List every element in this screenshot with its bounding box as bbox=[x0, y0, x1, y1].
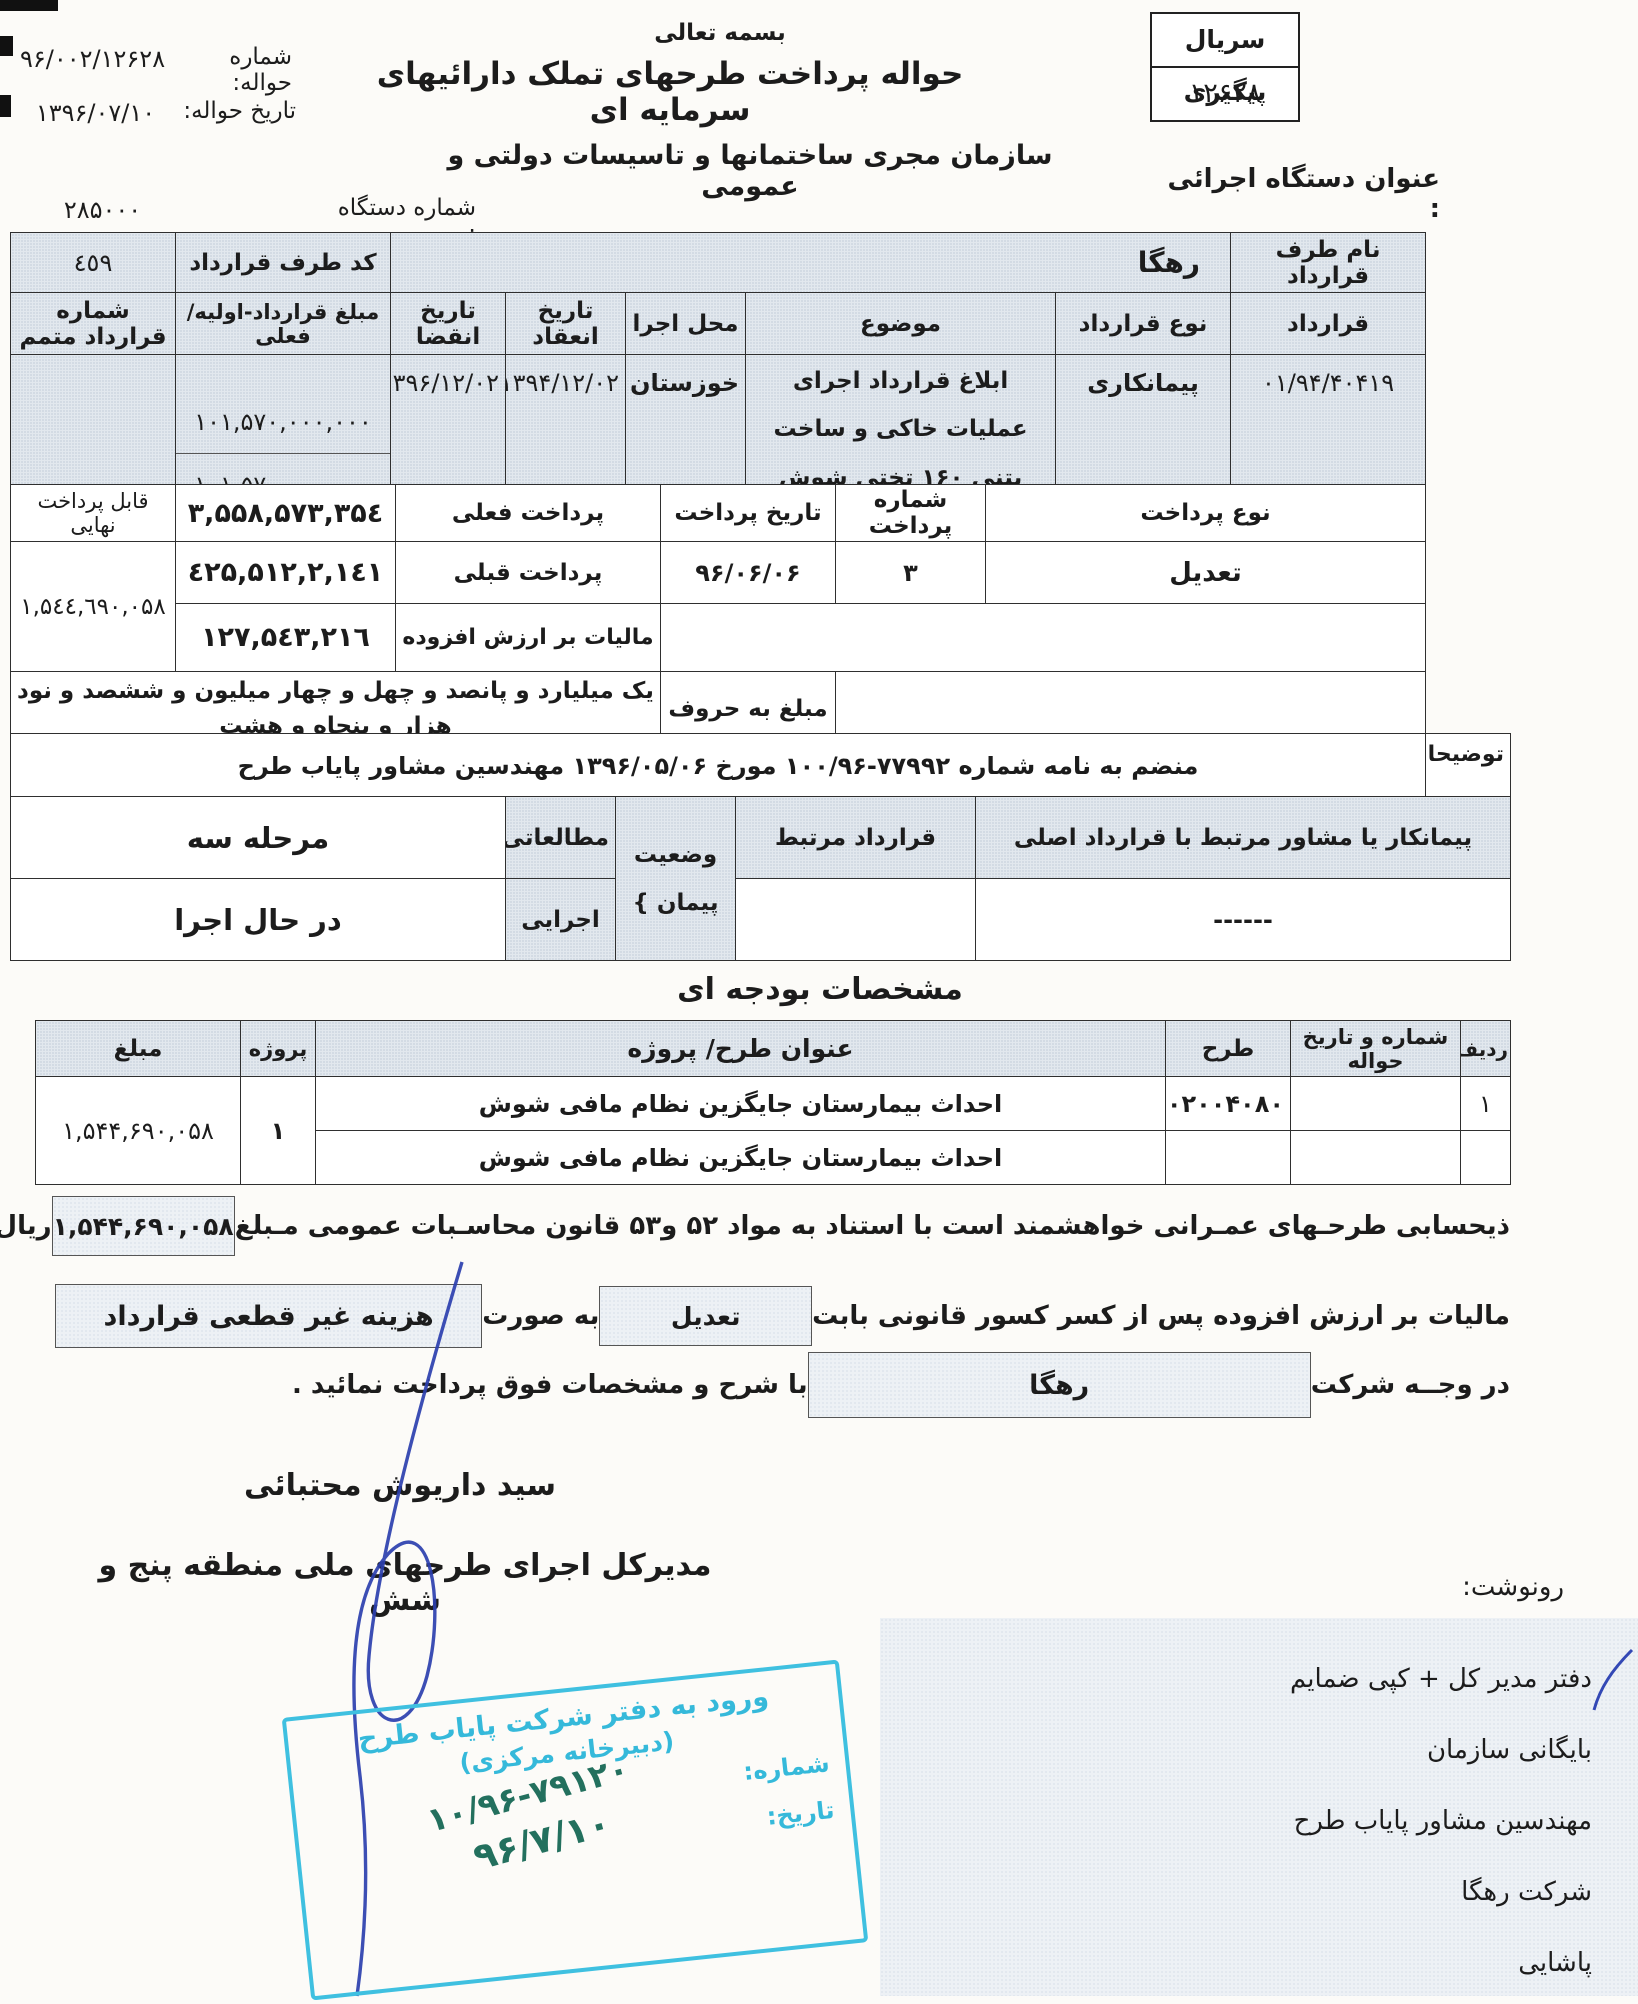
party-code-label: کد طرف قرارداد bbox=[176, 233, 391, 293]
budget-header-amount: مبلغ bbox=[36, 1021, 241, 1077]
previous-payment-label: پرداخت قبلی bbox=[396, 542, 661, 604]
directive-line-1: ذیحسابی طرحـهای عمـرانی خواهشمند است با … bbox=[28, 1196, 1510, 1256]
tracking-serial-value: ۱۲۶۲۸ bbox=[1152, 68, 1298, 120]
directive-line-2: مالیات بر ارزش افزوده پس از کسر کسور قان… bbox=[55, 1284, 1510, 1348]
scan-artifact bbox=[0, 95, 11, 117]
payment-type-label: نوع پرداخت bbox=[986, 485, 1426, 542]
budget-header-plan: طرح bbox=[1166, 1021, 1291, 1077]
directive-company-box: رهگا bbox=[808, 1352, 1311, 1418]
budget-plan-code: ۱۶۰۲۰۰۴۰۸۰ bbox=[1166, 1077, 1291, 1131]
party-name-label: نام طرف قرارداد bbox=[1231, 233, 1426, 293]
remittance-date-label: تاریخ حواله: bbox=[176, 98, 296, 124]
scan-artifact bbox=[0, 0, 58, 11]
status-table: پیمانکار یا مشاور مرتبط با قرارداد اصلی … bbox=[10, 796, 1511, 961]
pact-word-1: وضعیت bbox=[622, 842, 729, 868]
final-payable-label: قابل پرداخت نهایی bbox=[11, 485, 176, 542]
payment-no-value: ۳ bbox=[836, 542, 986, 604]
budget-title: مشخصات بودجه ای bbox=[560, 972, 1080, 1007]
directive-type-box: تعدیل bbox=[599, 1286, 812, 1346]
contract-amount-initial: ۱۰۱,۵۷۰,۰۰۰,۰۰۰ bbox=[176, 391, 390, 454]
status-executive-label: اجرایی bbox=[506, 879, 616, 961]
budget-project-title-2: احداث بیمارستان جایگزین نظام مافی شوش bbox=[316, 1131, 1166, 1185]
related-consultant-value: ------ bbox=[976, 879, 1511, 961]
device-no-value: ۲۸۵۰۰۰ bbox=[55, 196, 150, 224]
related-contract-label: قرارداد مرتبط bbox=[736, 797, 976, 879]
directive-3a: در وجــه شرکت bbox=[1311, 1370, 1510, 1400]
payment-date-value: ۹۶/۰۶/۰۶ bbox=[661, 542, 836, 604]
copies-label: رونوشت: bbox=[1468, 1572, 1564, 1602]
budget-header-title: عنوان طرح/ پروژه bbox=[316, 1021, 1166, 1077]
final-payable-value: ۱,۵٤٤,٦۹۰,۰۵۸ bbox=[11, 542, 176, 672]
budget-table: ردیف شماره و تاریخ حواله طرح عنوان طرح/ … bbox=[35, 1020, 1511, 1185]
copies-item-4: شرکت رهگا bbox=[880, 1857, 1592, 1928]
exec-agency-label: عنوان دستگاه اجرائی : bbox=[1160, 164, 1440, 224]
payment-table: نوع پرداخت شماره پرداخت تاریخ پرداخت پرد… bbox=[10, 484, 1426, 746]
supplement-label: شماره قرارداد متمم bbox=[11, 293, 176, 355]
contract-label: قرارداد bbox=[1231, 293, 1426, 355]
directive-1b: ریال با احتســاب bbox=[0, 1211, 52, 1241]
current-payment-value: ۳,۵۵۸,۵۷۳,۳۵٤ bbox=[176, 485, 396, 542]
budget-empty-2 bbox=[1291, 1131, 1461, 1185]
copies-item-5: پاشایی bbox=[880, 1928, 1592, 1999]
budget-project-no: ۱ bbox=[241, 1077, 316, 1185]
budget-remittance-cell bbox=[1291, 1077, 1461, 1131]
related-consultant-label: پیمانکار یا مشاور مرتبط با قرارداد اصلی bbox=[976, 797, 1511, 879]
copies-item-3: مهندسین مشاور پایاب طرح bbox=[880, 1786, 1592, 1857]
vat-label: مالیات بر ارزش افزوده bbox=[396, 604, 661, 672]
contract-amount-label: مبلغ قرارداد-اولیه/فعلی bbox=[176, 293, 391, 355]
directive-2a: مالیات بر ارزش افزوده پس از کسر کسور قان… bbox=[812, 1301, 1510, 1331]
payment-type-value: تعدیل bbox=[986, 542, 1426, 604]
directive-amount-box: ۱,۵۴۴,۶۹۰,۰۵۸ bbox=[52, 1196, 235, 1256]
budget-empty-1 bbox=[1461, 1131, 1511, 1185]
remittance-no-value: ۹۶/۰۰۲/۱۲۶۲۸ bbox=[20, 45, 165, 73]
document-title: حواله پرداخت طرحهای تملک دارائیهای سرمای… bbox=[370, 56, 970, 128]
budget-header-project: پروژه bbox=[241, 1021, 316, 1077]
copies-item-1: دفتر مدیر کل + کپی ضمایم bbox=[880, 1644, 1592, 1715]
entry-stamp: ورود به دفتر شرکت پایاب طرح (دبیرخانه مر… bbox=[282, 1660, 869, 2001]
previous-payment-value: ۲,۱٤۱,٤۲۵,۵۱۲ bbox=[176, 542, 396, 604]
vat-value: ۱۲۷,۵٤۳,۲۱٦ bbox=[176, 604, 396, 672]
subject-label: موضوع bbox=[746, 293, 1056, 355]
pen-mark bbox=[1588, 1646, 1638, 1716]
scan-artifact bbox=[0, 36, 13, 56]
pact-brace: { bbox=[632, 890, 648, 916]
pact-word-2: پیمان { bbox=[622, 890, 729, 916]
pact-status-label: وضعیت پیمان { bbox=[616, 797, 736, 961]
stamp-date-label: تاریخ: bbox=[765, 1795, 835, 1830]
status-study-label: مطالعاتی bbox=[506, 797, 616, 879]
budget-amount: ۱,۵۴۴,۶۹۰,۰۵۸ bbox=[36, 1077, 241, 1185]
budget-header-remittance: شماره و تاریخ حواله bbox=[1291, 1021, 1461, 1077]
tracking-serial-label: سریال پیگیری bbox=[1152, 14, 1298, 68]
related-contract-value bbox=[736, 879, 976, 961]
budget-project-title-1: احداث بیمارستان جایگزین نظام مافی شوش bbox=[316, 1077, 1166, 1131]
payment-empty-cell bbox=[661, 604, 1426, 672]
organization-name: سازمان مجری ساختمانها و تاسیسات دولتی و … bbox=[440, 140, 1060, 202]
payment-order-document: سریال پیگیری ۱۲۶۲۸ بسمه تعالی حواله پردا… bbox=[0, 0, 1638, 2004]
phase-value: مرحله سه bbox=[11, 797, 506, 879]
current-payment-label: پرداخت فعلی bbox=[396, 485, 661, 542]
party-name-value: رهگا bbox=[391, 233, 1231, 293]
budget-row-no: ۱ bbox=[1461, 1077, 1511, 1131]
location-label: محل اجرا bbox=[626, 293, 746, 355]
payment-no-label: شماره پرداخت bbox=[836, 485, 986, 542]
contract-type-label: نوع قرارداد bbox=[1056, 293, 1231, 355]
copies-item-2: بایگانی سازمان bbox=[880, 1715, 1592, 1786]
sign-date-label: تاریخ انعقاد bbox=[506, 293, 626, 355]
directive-1a: ذیحسابی طرحـهای عمـرانی خواهشمند است با … bbox=[235, 1211, 1510, 1241]
remittance-no-label: شماره حواله: bbox=[172, 44, 292, 96]
budget-empty-3 bbox=[1166, 1131, 1291, 1185]
notes-value: منضم به نامه شماره ۷۷۹۹۲-۱۰۰/۹۶ مورخ ۱۳۹… bbox=[11, 734, 1426, 798]
remittance-date-value: ۱۳۹۶/۰۷/۱۰ bbox=[28, 99, 163, 127]
notes-row: توضیحات منضم به نامه شماره ۷۷۹۹۲-۱۰۰/۹۶ … bbox=[10, 733, 1511, 798]
notes-label: توضیحات bbox=[1426, 734, 1511, 798]
copies-block: دفتر مدیر کل + کپی ضمایم بایگانی سازمان … bbox=[880, 1618, 1638, 1996]
expiry-date-label: تاریخ انقضا bbox=[391, 293, 506, 355]
state-value: در حال اجرا bbox=[11, 879, 506, 961]
bismillah-text: بسمه تعالی bbox=[620, 20, 820, 46]
party-code-value: ٤٥٩ bbox=[11, 233, 176, 293]
tracking-serial-box: سریال پیگیری ۱۲۶۲۸ bbox=[1150, 12, 1300, 122]
payment-date-label: تاریخ پرداخت bbox=[661, 485, 836, 542]
budget-header-row-no: ردیف bbox=[1461, 1021, 1511, 1077]
